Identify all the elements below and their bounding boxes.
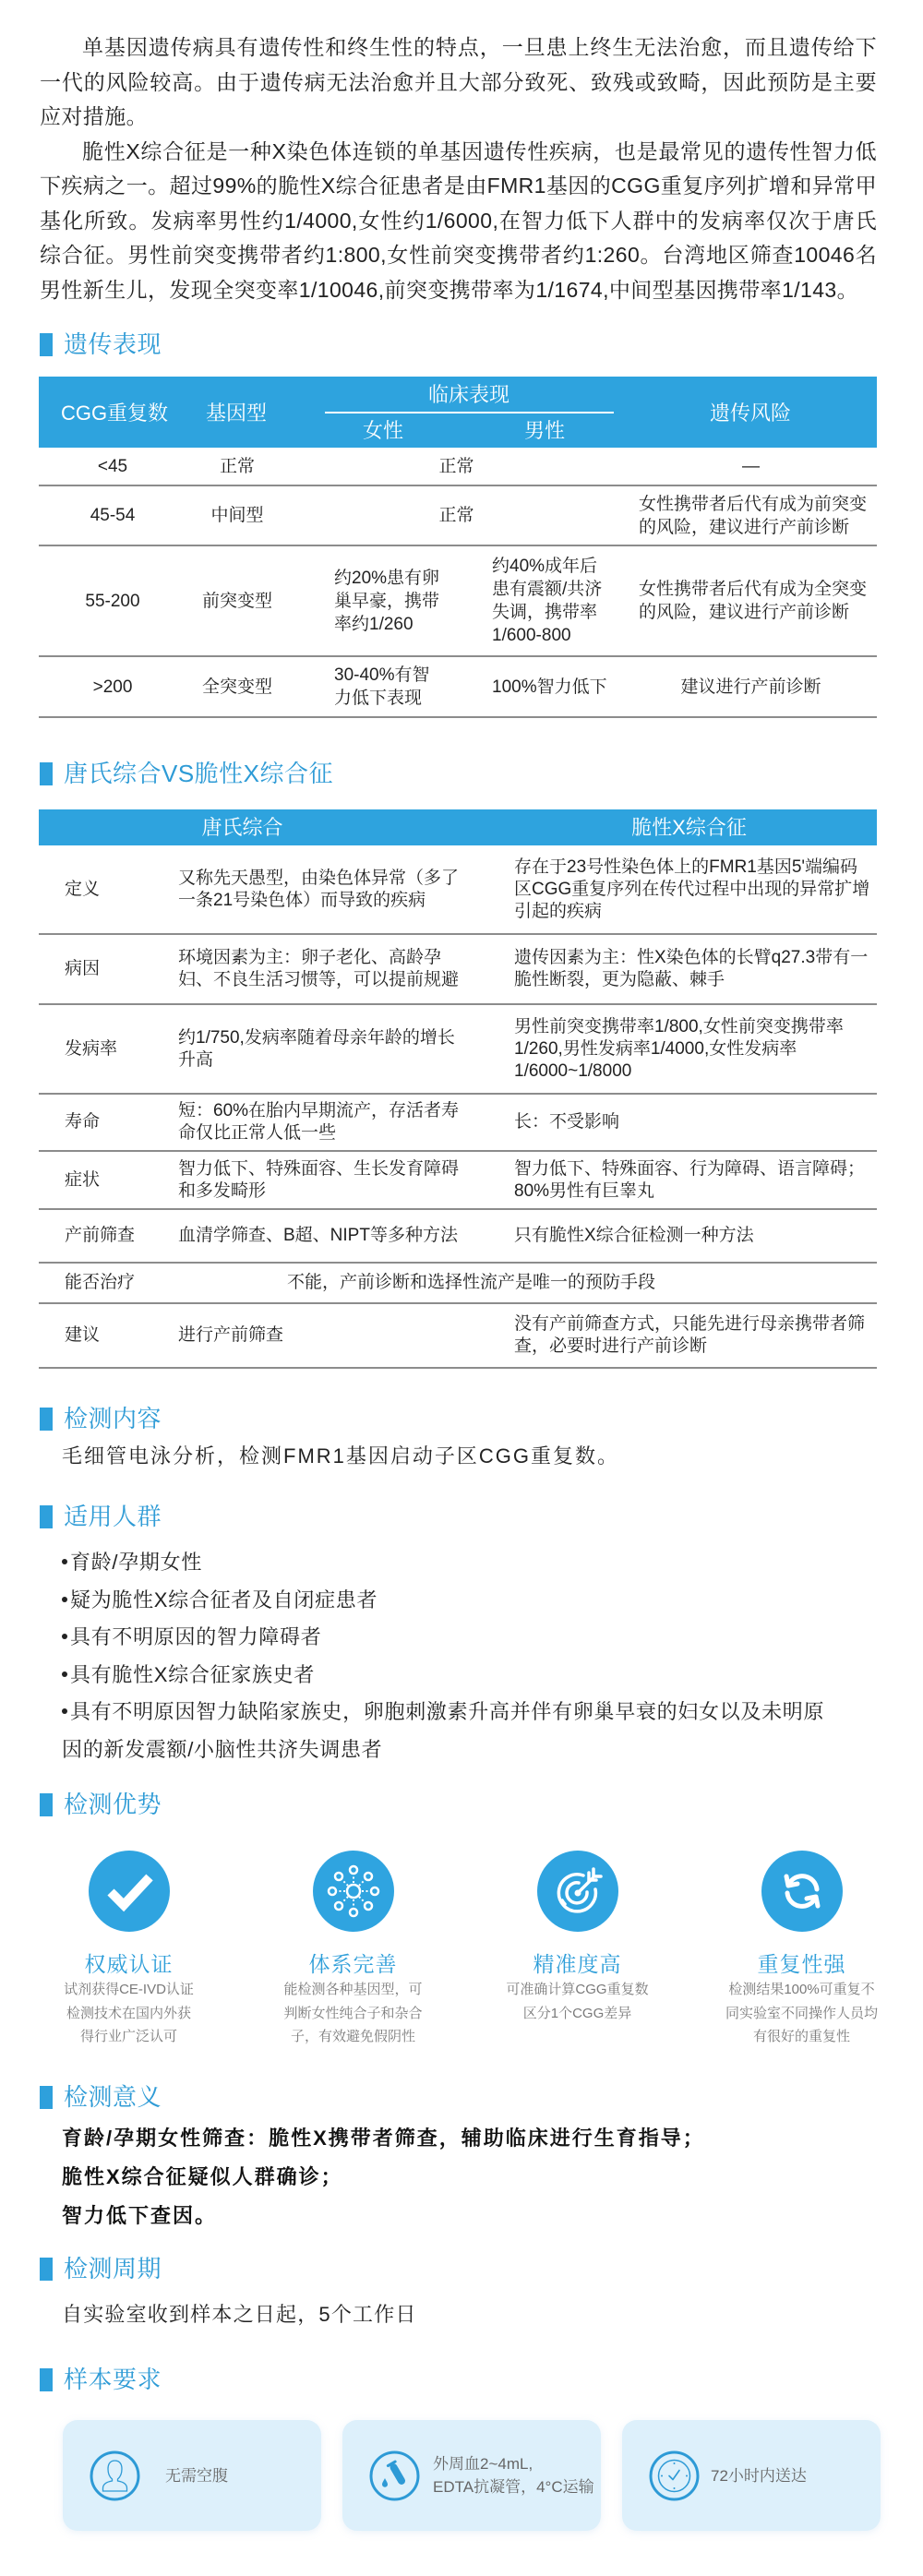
list-item-text: 疑为脆性X综合征者及自闭症患者 [70,1588,378,1611]
bullet-icon [62,1671,67,1677]
network-icon [313,1851,394,1932]
header-divider [325,412,614,413]
section-title-text: 检测内容 [64,1407,162,1431]
section-title-text: 适用人群 [64,1504,162,1528]
advantage-desc: 试剂获得CE-IVD认证 检测技术在国内外获 得行业广泛认可 [17,1978,241,2049]
fragile-x-cell: 男性前突变携带率1/800,女性前突变携带率 1/260,男性发病率1/4000… [501,1005,877,1093]
target-icon [537,1851,618,1932]
advantage-item: 体系完善 能检测各种基因型，可 判断女性纯合子和杂合 子，有效避免假阴性 [241,1851,465,2049]
list-item-text: 具有不明原因的智力障碍者 [70,1625,321,1648]
table-header: CGG重复数 基因型 临床表现 女性 男性 遗传风险 [39,377,877,448]
fragile-x-cell: 智力低下、特殊面容、行为障碍、语言障碍； 80%男性有巨睾丸 [501,1152,877,1208]
sample-card-text: 外周血2~4mL, EDTA抗凝管，4°C运输 [433,2452,594,2498]
title-bar-icon [40,2368,53,2391]
section-title-comparison: 唐氏综合VS脆性X综合征 [40,761,333,785]
bullet-icon [62,1708,67,1714]
table-row: 症状 智力低下、特殊面容、生长发育障碍 和多发畸形 智力低下、特殊面容、行为障碍… [39,1152,877,1210]
advantage-item: 精准度高 可准确计算CGG重复数 区分1个CGG差异 [465,1851,689,2049]
check-icon [89,1851,170,1932]
turnaround-text: 自实验室收到样本之日起，5个工作日 [62,2296,417,2333]
male-cell: 约40%成年后 患有震额/共济 失调，携带率 1/600-800 [463,546,625,655]
table-row: 45-54 中间型 正常 女性携带者后代有成为前突变 的风险，建议进行产前诊断 [39,486,877,546]
male-cell: 100%智力低下 [463,657,625,716]
significance-line: 脆性X综合征疑似人群确诊； [62,2158,705,2197]
row-label: 病因 [39,935,169,1003]
fragile-x-cell: 没有产前筛查方式，只能先进行母亲携带者筛 查，必要时进行产前诊断 [501,1304,877,1367]
refresh-icon [761,1851,843,1932]
section-title-text: 样本要求 [64,2367,162,2391]
intro-paragraph: 单基因遗传病具有遗传性和终生性的特点，一旦患上终生无法治愈，而且遗传给下一代的风… [40,30,877,135]
title-bar-icon [40,1793,53,1816]
advantage-title: 体系完善 [241,1950,465,1978]
section-title-text: 检测周期 [64,2257,162,2281]
header-fragile-x: 脆性X综合征 [501,809,877,845]
list-item: 具有不明原因的智力障碍者 [62,1619,842,1657]
genotype-cell: 正常 [186,448,288,485]
title-bar-icon [40,1505,53,1528]
fragile-x-cell: 存在于23号性染色体上的FMR1基因5'端编码 区CGG重复序列在传代过程中出现… [501,845,877,933]
advantage-desc: 能检测各种基因型，可 判断女性纯合子和杂合 子，有效避免假阴性 [241,1978,465,2049]
sample-card-text: 无需空腹 [165,2464,228,2487]
sample-cards: 无需空腹 外周血2~4mL, EDTA抗凝管，4°C运输 72小时内送达 [63,2420,881,2531]
header-female: 女性 [363,420,403,442]
female-cell: 约20%患有卵 巢早豪，携带 率约1/260 [288,546,463,655]
advantage-desc: 可准确计算CGG重复数 区分1个CGG差异 [465,1978,689,2025]
section-title-target-population: 适用人群 [40,1504,162,1528]
table-row: 产前筛查 血清学筛查、B超、NIPT等多种方法 只有脆性X综合征检测一种方法 [39,1210,877,1264]
title-bar-icon [40,762,53,785]
table-row: 55-200 前突变型 约20%患有卵 巢早豪，携带 率约1/260 约40%成… [39,546,877,657]
bullet-icon [62,1559,67,1564]
section-title-significance: 检测意义 [40,2085,162,2109]
cgg-cell: 55-200 [39,546,186,655]
list-item: 疑为脆性X综合征者及自闭症患者 [62,1582,842,1620]
test-tube-icon [369,2450,420,2501]
genotype-cell: 前突变型 [186,546,288,655]
test-content-text: 毛细管电泳分析，检测FMR1基因启动子区CGG重复数。 [62,1438,619,1475]
down-cell: 智力低下、特殊面容、生长发育障碍 和多发畸形 [169,1152,501,1208]
person-icon [90,2450,140,2501]
down-cell: 约1/750,发病率随着母亲年龄的增长 升高 [169,1005,501,1093]
row-label: 产前筛查 [39,1210,169,1262]
row-label: 能否治疗 [39,1264,169,1302]
clinical-cell: 正常 [288,486,625,545]
list-item: 具有不明原因智力缺陷家族史，卵胞刺激素升高并伴有卵巢早衰的妇女以及未明原因的新发… [62,1694,842,1768]
inheritance-table: CGG重复数 基因型 临床表现 女性 男性 遗传风险 <45 正常 正常 — 4… [39,377,877,718]
table-row: 寿命 短：60%在胎内早期流产，存活者寿 命仅比正常人低一些 长：不受影响 [39,1095,877,1152]
section-title-turnaround: 检测周期 [40,2257,162,2281]
significance-line: 智力低下查因。 [62,2197,705,2235]
down-cell: 进行产前筛查 [169,1304,501,1367]
section-title-text: 检测意义 [64,2085,162,2109]
risk-cell: 女性携带者后代有成为全突变 的风险，建议进行产前诊断 [625,546,877,655]
clock-icon [649,2450,700,2501]
advantages-grid: 权威认证 试剂获得CE-IVD认证 检测技术在国内外获 得行业广泛认可 体系完善… [17,1851,914,2049]
comparison-table: 唐氏综合 脆性X综合征 定义 又称先天愚型，由染色体异常（多了 一条21号染色体… [39,809,877,1369]
sample-card-text: 72小时内送达 [711,2464,807,2487]
header-cgg: CGG重复数 [61,402,168,425]
female-cell: 30-40%有智 力低下表现 [288,657,463,716]
row-label: 定义 [39,845,169,933]
bullet-icon [62,1597,67,1602]
header-male: 男性 [524,420,565,442]
genotype-cell: 全突变型 [186,657,288,716]
down-cell: 短：60%在胎内早期流产，存活者寿 命仅比正常人低一些 [169,1095,501,1150]
table-row: 病因 环境因素为主：卵子老化、高龄孕 妇、不良生活习惯等，可以提前规避 遗传因素… [39,935,877,1005]
row-label: 建议 [39,1304,169,1367]
down-cell: 血清学筛查、B超、NIPT等多种方法 [169,1210,501,1262]
header-risk: 遗传风险 [710,402,791,425]
advantage-title: 精准度高 [465,1950,689,1978]
title-bar-icon [40,1408,53,1431]
title-bar-icon [40,333,53,356]
cgg-cell: 45-54 [39,486,186,545]
table-row: 建议 进行产前筛查 没有产前筛查方式，只能先进行母亲携带者筛 查，必要时进行产前… [39,1304,877,1369]
list-item-text: 育龄/孕期女性 [70,1551,202,1574]
list-item-text: 具有脆性X综合征家族史者 [70,1663,315,1686]
advantage-title: 重复性强 [689,1950,914,1978]
cgg-cell: >200 [39,657,186,716]
table-row: <45 正常 正常 — [39,448,877,486]
table-row: 定义 又称先天愚型，由染色体异常（多了 一条21号染色体）而导致的疾病 存在于2… [39,845,877,935]
table-header: 唐氏综合 脆性X综合征 [39,809,877,845]
intro-text: 单基因遗传病具有遗传性和终生性的特点，一旦患上终生无法治愈，而且遗传给下一代的风… [40,30,877,307]
advantage-item: 重复性强 检测结果100%可重复不 同实验室不同操作人员均 有很好的重复性 [689,1851,914,2049]
section-title-text: 遗传表现 [64,332,162,356]
sample-card: 72小时内送达 [622,2420,881,2531]
bullet-icon [62,1634,67,1639]
fragile-x-cell: 遗传因素为主：性X染色体的长臂q27.3带有一 脆性断裂，更为隐蔽、棘手 [501,935,877,1003]
header-genotype: 基因型 [206,402,267,425]
down-cell: 环境因素为主：卵子老化、高龄孕 妇、不良生活习惯等，可以提前规避 [169,935,501,1003]
merged-cell: 不能，产前诊断和选择性流产是唯一的预防手段 [169,1264,877,1302]
table-row: 能否治疗 不能，产前诊断和选择性流产是唯一的预防手段 [39,1264,877,1304]
risk-cell: 建议进行产前诊断 [625,657,877,716]
section-title-test-content: 检测内容 [40,1407,162,1431]
intro-paragraph: 脆性X综合征是一种X染色体连锁的单基因遗传性疾病，也是最常见的遗传性智力低下疾病… [40,135,877,308]
row-label: 症状 [39,1152,169,1208]
fragile-x-cell: 只有脆性X综合征检测一种方法 [501,1210,877,1262]
fragile-x-cell: 长：不受影响 [501,1095,877,1150]
section-title-sample: 样本要求 [40,2367,162,2391]
sample-card: 外周血2~4mL, EDTA抗凝管，4°C运输 [342,2420,601,2531]
row-label: 寿命 [39,1095,169,1150]
down-cell: 又称先天愚型，由染色体异常（多了 一条21号染色体）而导致的疾病 [169,845,501,933]
significance-text: 育龄/孕期女性筛查：脆性X携带者筛查，辅助临床进行生育指导； 脆性X综合征疑似人… [62,2119,705,2235]
genotype-cell: 中间型 [186,486,288,545]
section-title-inheritance: 遗传表现 [40,332,162,356]
header-spacer [446,809,501,845]
header-down-syndrome: 唐氏综合 [39,809,446,845]
section-title-advantages: 检测优势 [40,1792,162,1816]
table-row: 发病率 约1/750,发病率随着母亲年龄的增长 升高 男性前突变携带率1/800… [39,1005,877,1095]
list-item: 育龄/孕期女性 [62,1544,842,1582]
header-clinical: 临床表现 [428,384,509,406]
significance-line: 育龄/孕期女性筛查：脆性X携带者筛查，辅助临床进行生育指导； [62,2119,705,2158]
list-item-text: 具有不明原因智力缺陷家族史，卵胞刺激素升高并伴有卵巢早衰的妇女以及未明原因的新发… [62,1700,824,1761]
list-item: 具有脆性X综合征家族史者 [62,1657,842,1695]
advantage-desc: 检测结果100%可重复不 同实验室不同操作人员均 有很好的重复性 [689,1978,914,2049]
clinical-cell: 正常 [288,448,625,485]
row-label: 发病率 [39,1005,169,1093]
population-list: 育龄/孕期女性 疑为脆性X综合征者及自闭症患者 具有不明原因的智力障碍者 具有脆… [62,1544,842,1768]
risk-cell: — [625,448,877,485]
cgg-cell: <45 [39,448,186,485]
sample-card: 无需空腹 [63,2420,321,2531]
risk-cell: 女性携带者后代有成为前突变 的风险，建议进行产前诊断 [625,486,877,545]
title-bar-icon [40,2258,53,2281]
table-row: >200 全突变型 30-40%有智 力低下表现 100%智力低下 建议进行产前… [39,657,877,718]
section-title-text: 检测优势 [64,1792,162,1816]
title-bar-icon [40,2086,53,2109]
advantage-title: 权威认证 [17,1950,241,1978]
section-title-text: 唐氏综合VS脆性X综合征 [64,761,333,785]
advantage-item: 权威认证 试剂获得CE-IVD认证 检测技术在国内外获 得行业广泛认可 [17,1851,241,2049]
